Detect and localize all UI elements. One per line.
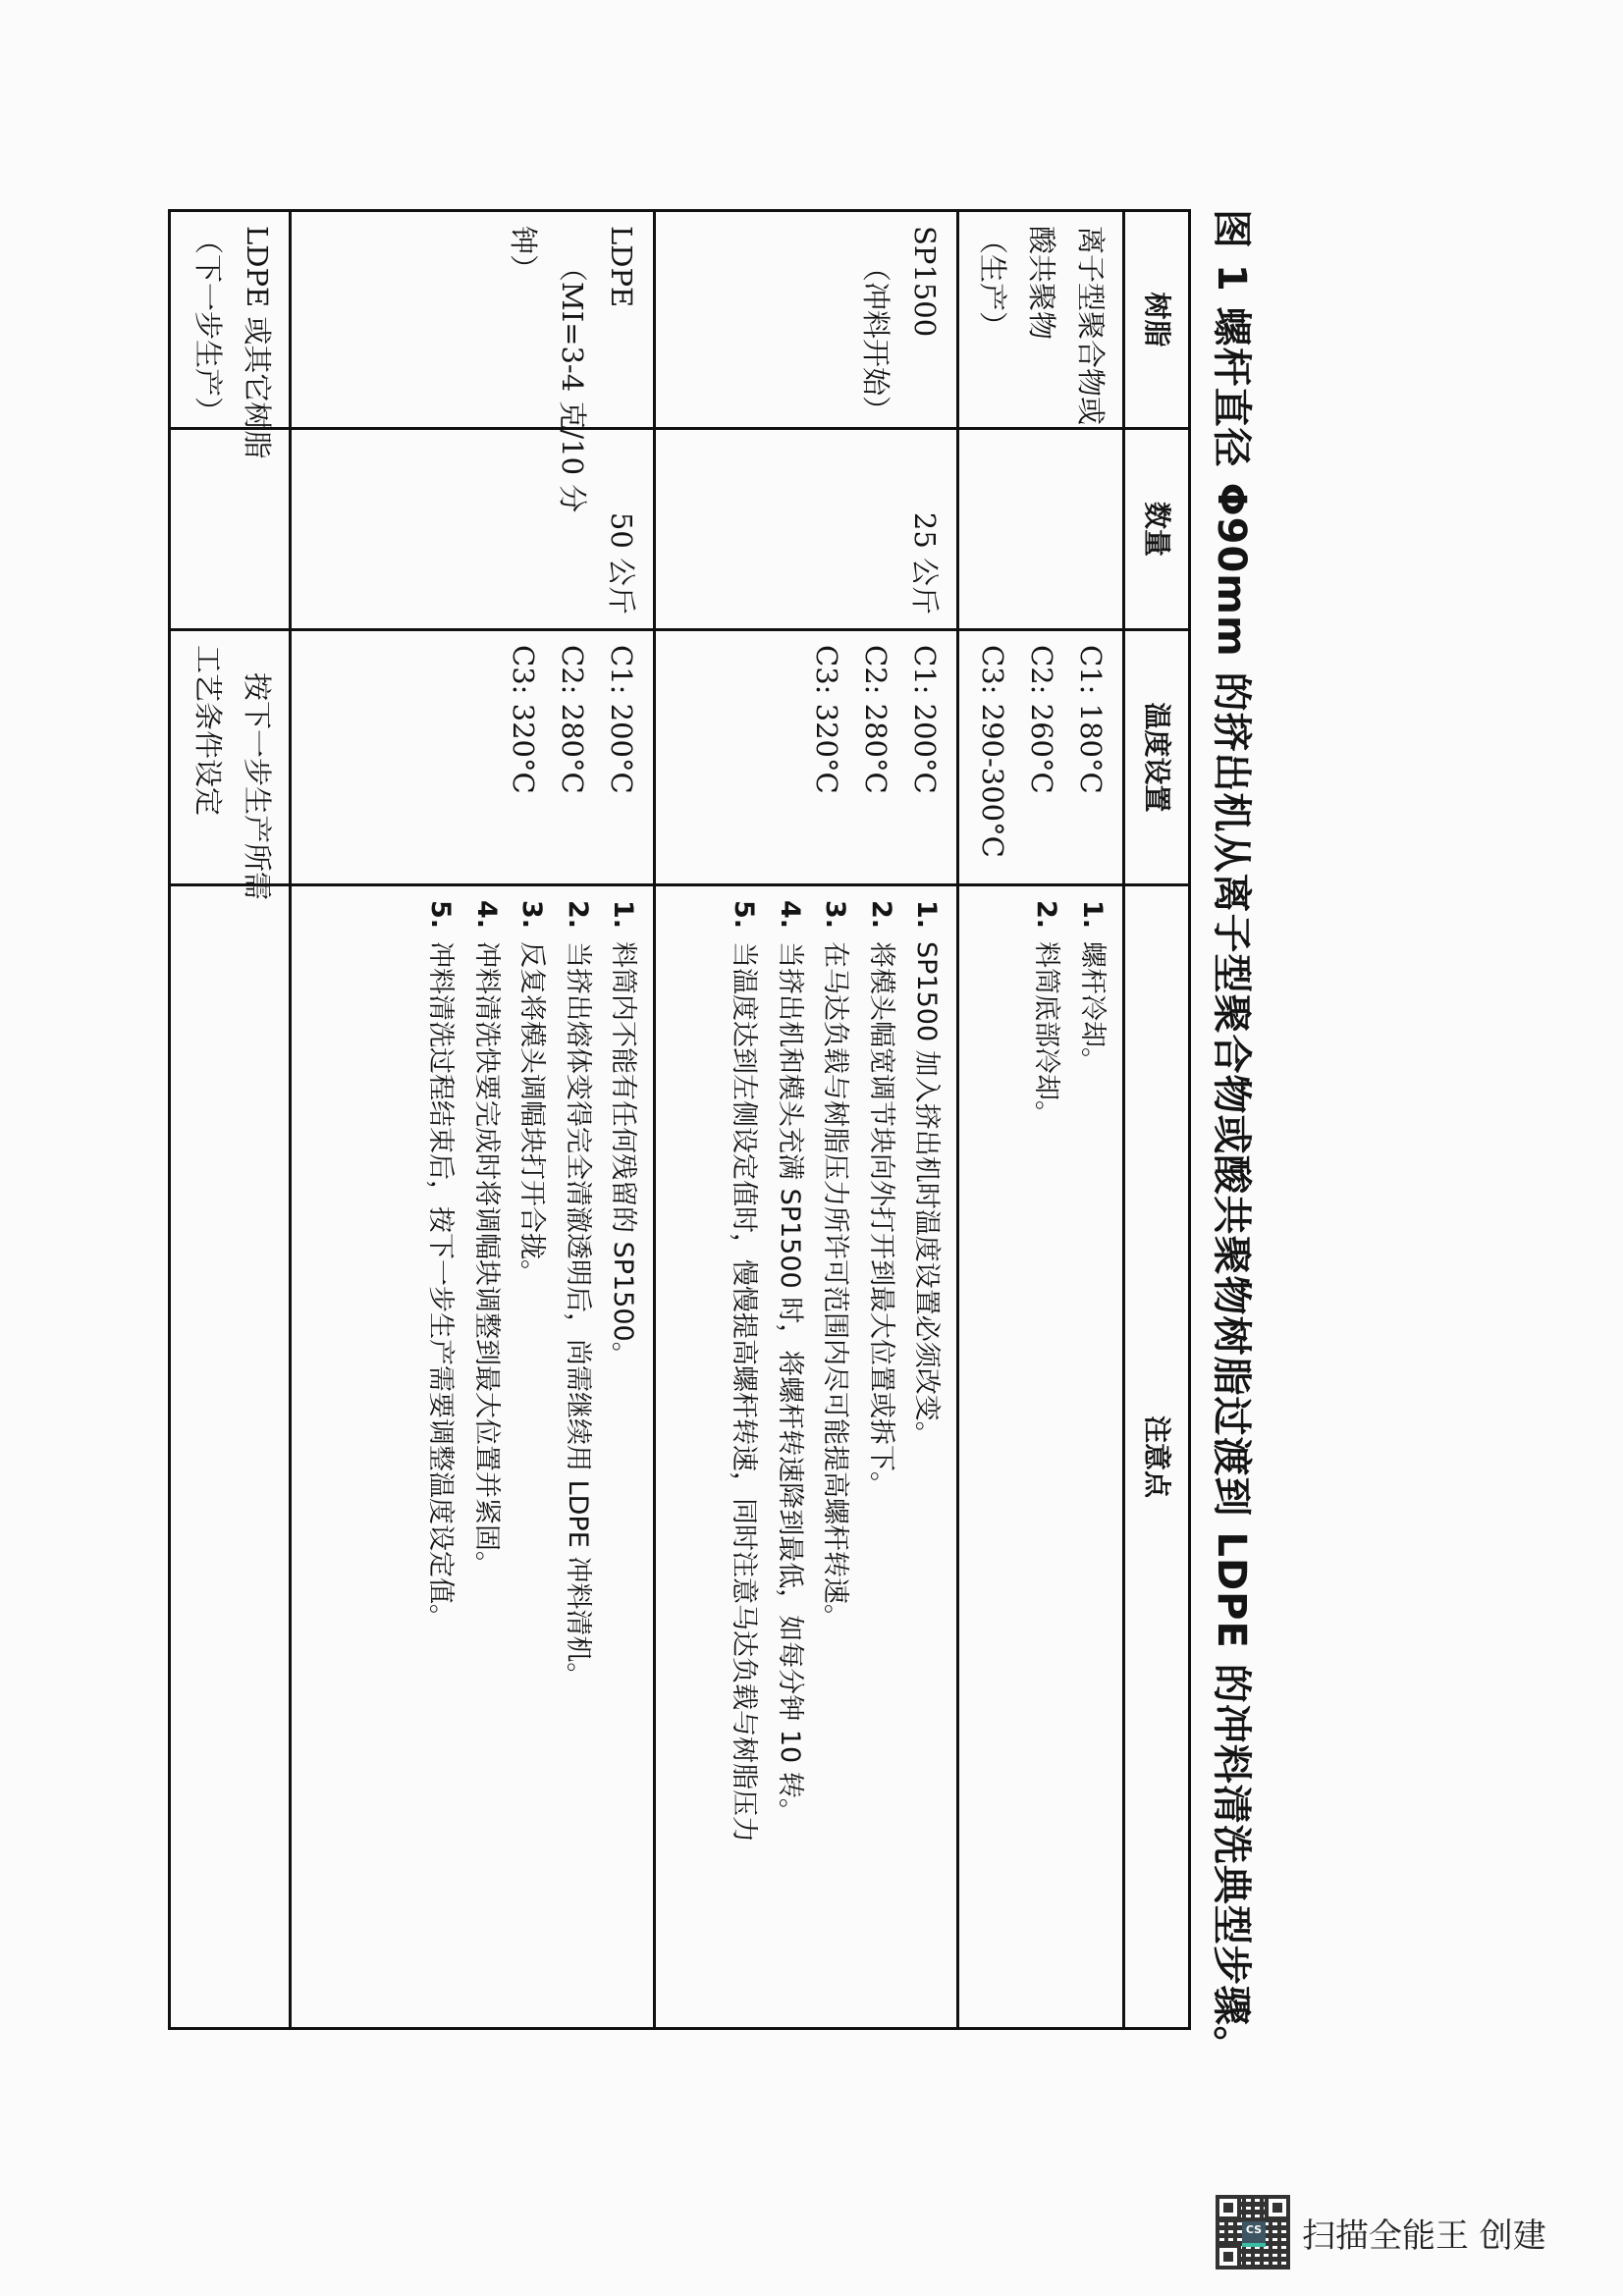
- table-row: LDPE （MI=3-4 克/10 分 钟） 50 公斤 C1: 200°C C…: [291, 211, 655, 2029]
- temp-line: C2: 280°C: [850, 645, 899, 870]
- rotated-document-page: 图 1 螺杆直径 Φ90mm 的挤出机从离子型聚合物或酸共聚物树脂过渡到 LDP…: [187, 191, 1276, 2056]
- resin-line: （下一步生产）: [183, 226, 232, 413]
- table-header-row: 树脂 数量 温度设置 注意点: [1123, 211, 1189, 2029]
- resin-line: （MI=3-4 克/10 分: [547, 226, 596, 413]
- notes-list: 1.螺杆冷却。 2.料筒底部冷却。: [1023, 900, 1114, 2013]
- resin-line: （生产）: [967, 226, 1016, 413]
- note-item: 4.当挤出机和模头充满 SP1500 时，将螺杆转速降到最低，如每分钟 10 转…: [766, 900, 811, 2013]
- table-row: SP1500 （冲料开始） 25 公斤 C1: 200°C C2: 280°C …: [655, 211, 958, 2029]
- resin-line: 酸共聚物: [1016, 226, 1065, 413]
- notes-cell: 1.螺杆冷却。 2.料筒底部冷却。: [958, 885, 1124, 2029]
- notes-cell: 1.SP1500 加入挤出机时温度设置必须改变。 2.将模头幅宽调节块向外打开到…: [655, 885, 958, 2029]
- header-temperature: 温度设置: [1123, 630, 1189, 885]
- note-item: 4.冲料清洗快要完成时将调幅块调整到最大位置并紧固。: [462, 900, 508, 2013]
- note-item: 5.冲料清洗过程结束后，按下一步生产需要调整温度设定值。: [417, 900, 462, 2013]
- note-item: 2.当挤出熔体变得完全清澈透明后，尚需继续用 LDPE 冲料清机。: [554, 900, 599, 2013]
- resin-line: LDPE: [596, 226, 645, 413]
- note-item: 3.在马达负载与树脂压力所许可范围内尽可能提高螺杆转速。: [812, 900, 857, 2013]
- resin-cell: 离子型聚合物或 酸共聚物 （生产）: [958, 211, 1124, 429]
- temp-line: 工艺条件设定: [183, 645, 232, 870]
- resin-cell: LDPE （MI=3-4 克/10 分 钟）: [291, 211, 655, 429]
- temperature-cell: C1: 200°C C2: 280°C C3: 320°C: [291, 630, 655, 885]
- table-row: LDPE 或其它树脂 （下一步生产） 按下一步生产所需 工艺条件设定: [170, 211, 291, 2029]
- note-item: 3.反复将模头调幅块打开合拢。: [509, 900, 554, 2013]
- qr-finder-pattern: [1265, 2195, 1290, 2220]
- temperature-cell: 按下一步生产所需 工艺条件设定: [170, 630, 291, 885]
- temp-line: C2: 260°C: [1016, 645, 1065, 870]
- camscanner-logo-icon: CS: [1242, 2221, 1266, 2247]
- scanner-watermark: CS 扫描全能王 创建: [1216, 2195, 1546, 2269]
- quantity-cell: [170, 429, 291, 630]
- note-item: 2.将模头幅宽调节块向外打开到最大位置或拆下。: [857, 900, 902, 2013]
- resin-line: 钟）: [499, 226, 548, 413]
- resin-line: LDPE 或其它树脂: [232, 226, 281, 413]
- notes-list: 1.料筒内不能有任何残留的 SP1500。 2.当挤出熔体变得完全清澈透明后，尚…: [417, 900, 645, 2013]
- figure-title: 图 1 螺杆直径 Φ90mm 的挤出机从离子型聚合物或酸共聚物树脂过渡到 LDP…: [1207, 209, 1263, 2066]
- temp-line: C1: 200°C: [596, 645, 645, 870]
- purge-steps-table: 树脂 数量 温度设置 注意点 离子型聚合物或 酸共聚物 （生产） C1: 180…: [168, 209, 1191, 2030]
- quantity-cell: 25 公斤: [655, 429, 958, 630]
- header-quantity: 数量: [1123, 429, 1189, 630]
- note-item: 5.当温度达到左侧设定值时，慢慢提高螺杆转速，同时注意马达负载与树脂压力: [721, 900, 766, 2013]
- notes-list: 1.SP1500 加入挤出机时温度设置必须改变。 2.将模头幅宽调节块向外打开到…: [721, 900, 948, 2013]
- temperature-cell: C1: 200°C C2: 280°C C3: 320°C: [655, 630, 958, 885]
- header-resin: 树脂: [1123, 211, 1189, 429]
- note-item: 2.料筒底部冷却。: [1023, 900, 1068, 2013]
- notes-cell: [170, 885, 291, 2029]
- watermark-text: 扫描全能王 创建: [1302, 2209, 1546, 2257]
- temp-line: C3: 290-300°C: [967, 645, 1016, 870]
- temp-line: C3: 320°C: [499, 645, 548, 870]
- note-item: 1.SP1500 加入挤出机时温度设置必须改变。: [903, 900, 948, 2013]
- note-item: 1.料筒内不能有任何残留的 SP1500。: [600, 900, 645, 2013]
- quantity-cell: 50 公斤: [291, 429, 655, 630]
- temp-line: C1: 200°C: [899, 645, 948, 870]
- header-notes: 注意点: [1123, 885, 1189, 2029]
- temp-line: C3: 320°C: [802, 645, 851, 870]
- temp-line: C2: 280°C: [547, 645, 596, 870]
- notes-cell: 1.料筒内不能有任何残留的 SP1500。 2.当挤出熔体变得完全清澈透明后，尚…: [291, 885, 655, 2029]
- quantity-cell: [958, 429, 1124, 630]
- resin-line: 离子型聚合物或: [1065, 226, 1114, 413]
- resin-cell: SP1500 （冲料开始）: [655, 211, 958, 429]
- resin-line: SP1500: [899, 226, 948, 413]
- table-row: 离子型聚合物或 酸共聚物 （生产） C1: 180°C C2: 260°C C3…: [958, 211, 1124, 2029]
- resin-line: （冲料开始）: [850, 226, 899, 413]
- qr-finder-pattern: [1216, 2244, 1241, 2269]
- note-item: 1.螺杆冷却。: [1068, 900, 1113, 2013]
- temp-line: C1: 180°C: [1065, 645, 1114, 870]
- resin-cell: LDPE 或其它树脂 （下一步生产）: [170, 211, 291, 429]
- qr-finder-pattern: [1216, 2195, 1241, 2220]
- temp-line: 按下一步生产所需: [232, 645, 281, 870]
- temperature-cell: C1: 180°C C2: 260°C C3: 290-300°C: [958, 630, 1124, 885]
- qr-code-icon: CS: [1216, 2195, 1290, 2269]
